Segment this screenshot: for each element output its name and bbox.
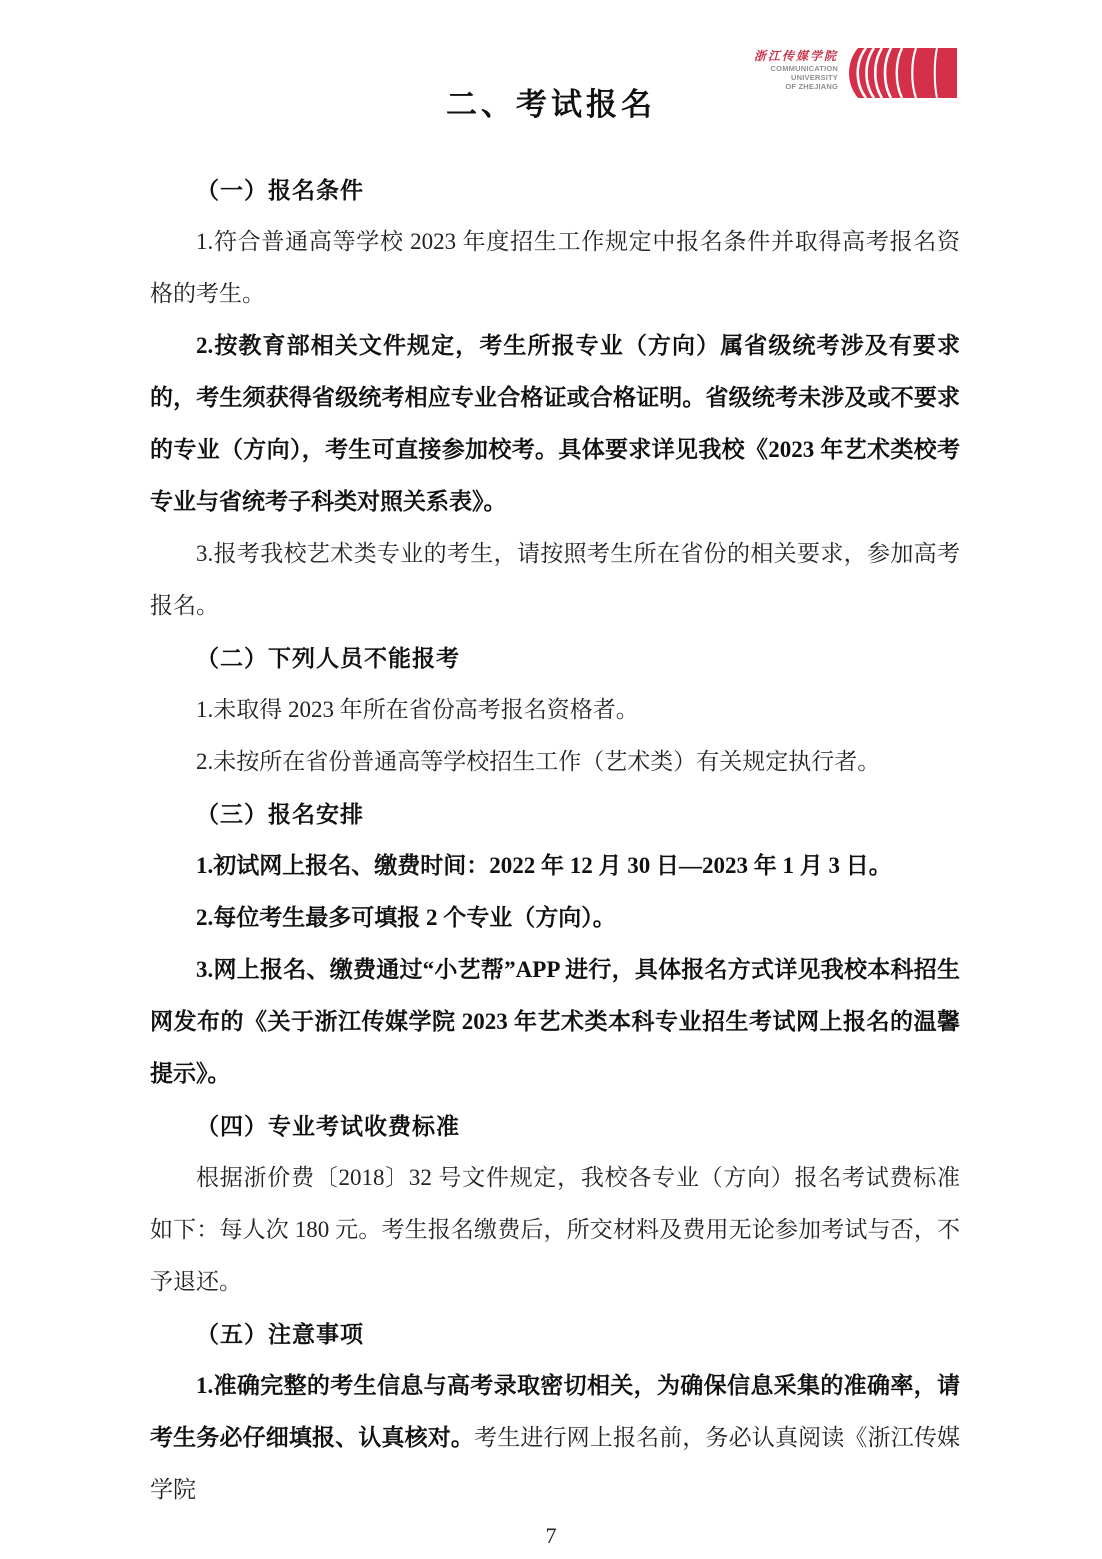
page-number: 7 [0, 1521, 1102, 1551]
university-en-name: COMMUNICATION UNIVERSITY OF ZHEJIANG [748, 64, 838, 91]
university-logo: 浙江传媒学院 COMMUNICATION UNIVERSITY OF ZHEJI… [748, 47, 960, 101]
section-3-heading: （三）报名安排 [150, 788, 960, 840]
section-2-heading: （二）下列人员不能报考 [150, 632, 960, 684]
section-3-paragraph-1: 1.初试网上报名、缴费时间：2022 年 12 月 30 日—2023 年 1 … [150, 840, 960, 892]
section-1-paragraph-3: 3.报考我校艺术类专业的考生，请按照考生所在省份的相关要求，参加高考报名。 [150, 528, 960, 632]
section-4-heading: （四）专业考试收费标准 [150, 1100, 960, 1152]
logo-mark-icon [844, 47, 958, 99]
university-cn-name: 浙江传媒学院 [748, 49, 838, 63]
section-5-heading: （五）注意事项 [150, 1308, 960, 1360]
section-1-heading: （一）报名条件 [150, 164, 960, 216]
logo-text-block: 浙江传媒学院 COMMUNICATION UNIVERSITY OF ZHEJI… [748, 47, 838, 91]
university-en-line3: OF ZHEJIANG [748, 82, 838, 91]
section-1-paragraph-1: 1.符合普通高等学校 2023 年度招生工作规定中报名条件并取得高考报名资格的考… [150, 216, 960, 320]
section-3-paragraph-3: 3.网上报名、缴费通过“小艺帮”APP 进行，具体报名方式详见我校本科招生网发布… [150, 944, 960, 1100]
section-2-paragraph-1: 1.未取得 2023 年所在省份高考报名资格者。 [150, 684, 960, 736]
section-5-paragraph-1: 1.准确完整的考生信息与高考录取密切相关，为确保信息采集的准确率，请考生务必仔细… [150, 1360, 960, 1516]
section-3-paragraph-2: 2.每位考生最多可填报 2 个专业（方向）。 [150, 892, 960, 944]
university-en-line2: UNIVERSITY [748, 73, 838, 82]
document-body: （一）报名条件 1.符合普通高等学校 2023 年度招生工作规定中报名条件并取得… [150, 164, 960, 1516]
section-1-paragraph-2: 2.按教育部相关文件规定，考生所报专业（方向）属省级统考涉及有要求的，考生须获得… [150, 320, 960, 528]
section-2-paragraph-2: 2.未按所在省份普通高等学校招生工作（艺术类）有关规定执行者。 [150, 736, 960, 788]
university-en-line1: COMMUNICATION [748, 64, 838, 73]
document-page: 浙江传媒学院 COMMUNICATION UNIVERSITY OF ZHEJI… [0, 0, 1102, 1559]
section-4-paragraph-1: 根据浙价费〔2018〕32 号文件规定，我校各专业（方向）报名考试费标准如下：每… [150, 1152, 960, 1308]
